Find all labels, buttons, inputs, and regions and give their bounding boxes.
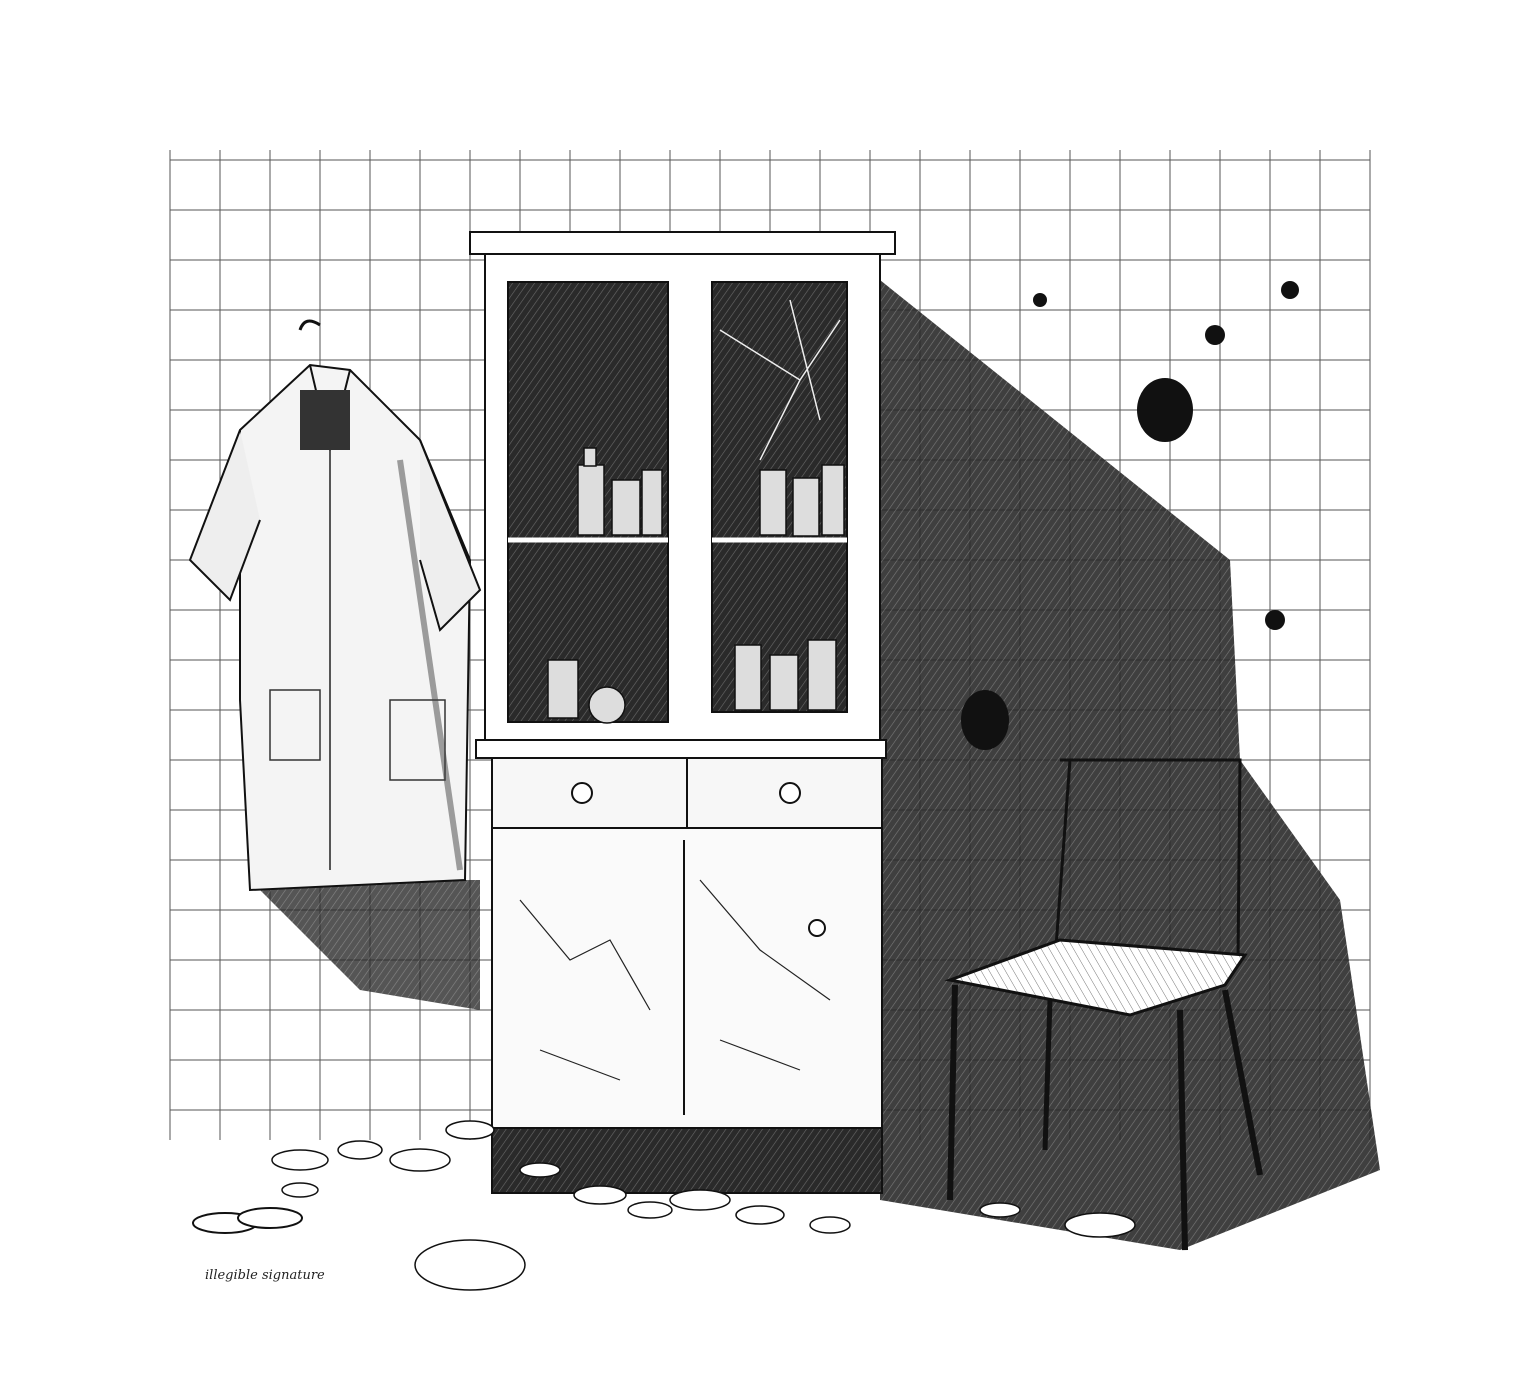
artist-signature: illegible signature (205, 1268, 325, 1283)
lab-coat (190, 321, 480, 890)
coat-shadow (250, 880, 480, 1010)
medicine-cabinet (470, 232, 895, 1193)
petri-dish (193, 1208, 302, 1233)
illustration-canvas (0, 0, 1535, 1391)
